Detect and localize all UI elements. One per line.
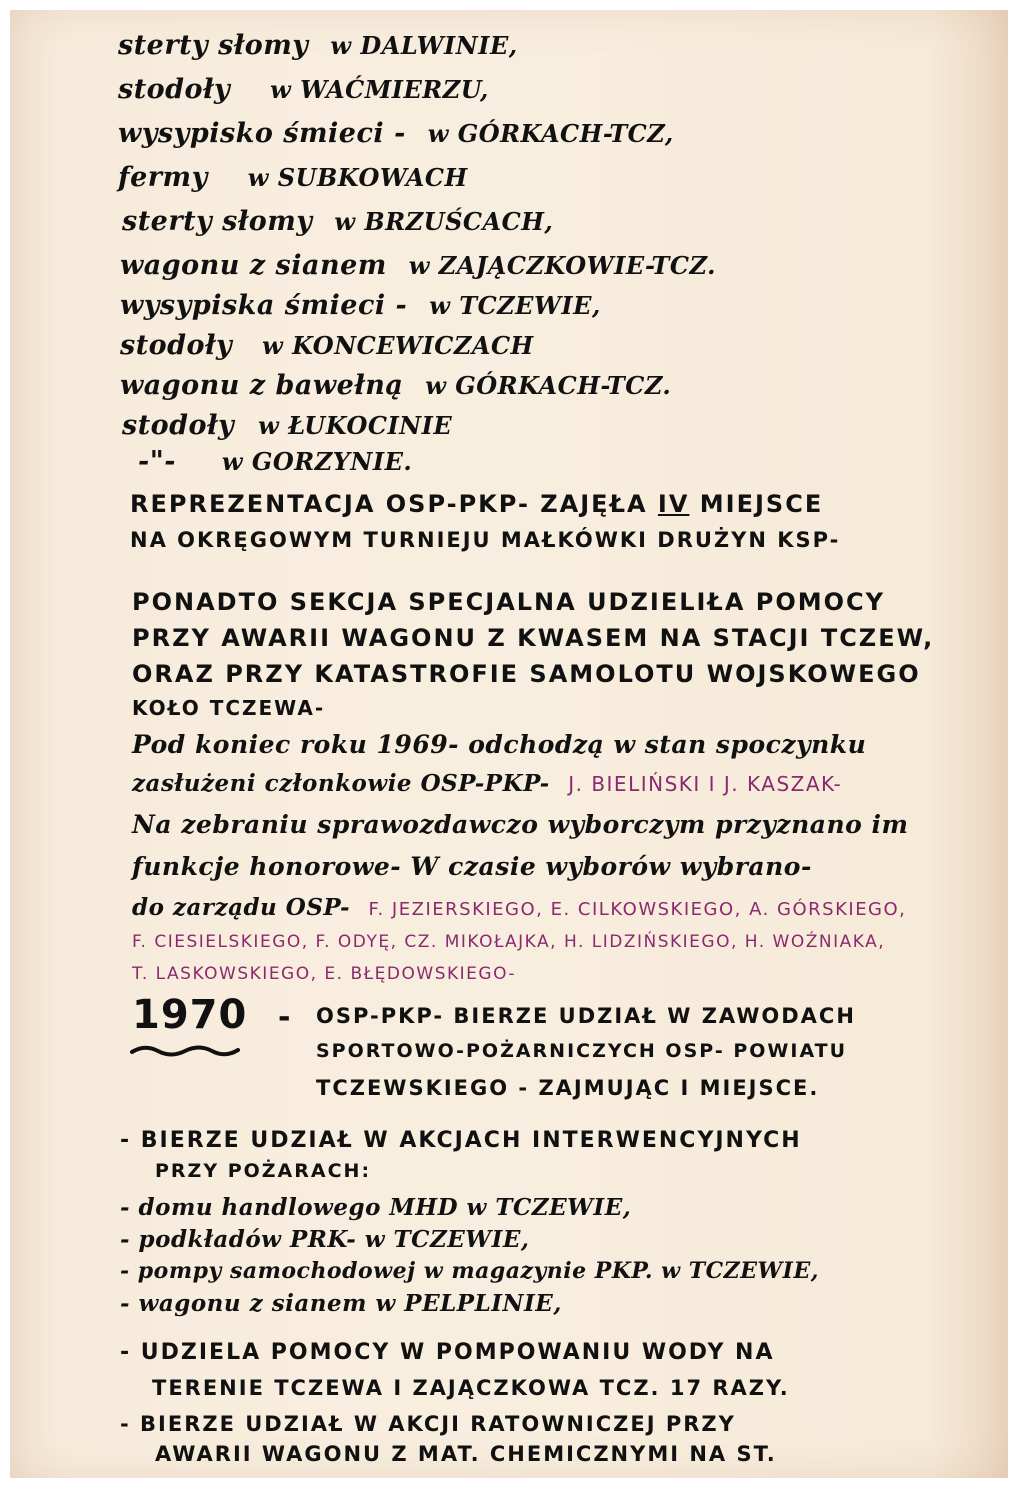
retirement-text: zasłużeni członkowie OSP-PKP- (132, 770, 550, 797)
fire-entry: wagonu z bawełną w GÓRKACH-TCZ. (120, 370, 671, 401)
year-1970-line: TCZEWSKIEGO - ZAJMUJĄC I MIEJSCE. (316, 1076, 819, 1100)
fire-item: wagonu z bawełną (120, 370, 403, 401)
board-text: do zarządu OSP- (132, 894, 350, 921)
fire-item: stodoły (120, 330, 232, 361)
fire-entry: wysypiska śmieci - w TCZEWIE, (120, 290, 601, 321)
fire-entry: wagonu z sianem w ZAJĄCZKOWIE-TCZ. (120, 250, 716, 281)
fire-item: stodoły (122, 410, 234, 441)
year-dash: - (278, 1000, 292, 1035)
fire-entry: sterty słomy w DALWINIE, (118, 30, 518, 61)
pumping-line: TERENIE TCZEWA I ZAJĄCZKOWA TCZ. 17 RAZY… (152, 1376, 790, 1400)
intervention-item: - pompy samochodowej w magazynie PKP. w … (120, 1258, 819, 1284)
fire-item: sterty słomy (118, 30, 309, 61)
fire-place: w ZAJĄCZKOWIE-TCZ. (409, 251, 716, 280)
board-members-line: F. CIESIELSKIEGO, F. ODYĘ, CZ. MIKOŁAJKA… (132, 932, 885, 952)
special-section-line: PONADTO SEKCJA SPECJALNA UDZIELIŁA POMOC… (132, 588, 885, 616)
fire-place: w SUBKOWACH (248, 163, 468, 192)
representation-text: MIEJSCE (689, 490, 823, 518)
fire-entry: fermy w SUBKOWACH (118, 162, 468, 193)
honorary-line: funkcje honorowe- W czasie wyborów wybra… (132, 852, 812, 881)
representation-text: REPREZENTACJA OSP-PKP- ZAJĘŁA (130, 490, 658, 518)
intervention-item: - podkładów PRK- w TCZEWIE, (120, 1226, 529, 1253)
fire-item: wagonu z sianem (120, 250, 387, 281)
fire-place: w GÓRKACH-TCZ. (425, 371, 671, 400)
retired-members: J. BIELIŃSKI I J. KASZAK- (568, 772, 842, 796)
year-1970-line: OSP-PKP- BIERZE UDZIAŁ W ZAWODACH (316, 1004, 856, 1028)
fire-entry: -"- w GORZYNIE. (138, 446, 412, 477)
place-roman-numeral: IV (658, 490, 690, 518)
retirement-line: zasłużeni członkowie OSP-PKP- J. BIELIŃS… (132, 770, 842, 797)
year-1970-line: SPORTOWO-POŻARNICZYCH OSP- POWIATU (316, 1040, 847, 1062)
fire-item: stodoły (118, 74, 230, 105)
intervention-item: - wagonu z sianem w PELPLINIE, (120, 1290, 562, 1317)
fire-entry: wysypisko śmieci - w GÓRKACH-TCZ, (118, 118, 674, 149)
fire-place: w GORZYNIE. (222, 447, 412, 476)
year-heading: 1970 (132, 992, 247, 1038)
honorary-line: Na zebraniu sprawozdawczo wyborczym przy… (132, 810, 909, 839)
fire-entry: stodoły w KONCEWICZACH (120, 330, 534, 361)
fire-place: w KONCEWICZACH (262, 331, 534, 360)
board-line: do zarządu OSP- F. JEZIERSKIEGO, E. CILK… (132, 894, 906, 921)
fire-place: w BRZUŚCACH, (334, 207, 553, 236)
special-section-line: KOŁO TCZEWA- (132, 696, 325, 720)
fire-item: wysypisko śmieci - (118, 118, 406, 149)
intervention-item: - domu handlowego MHD w TCZEWIE, (120, 1194, 631, 1221)
board-members: F. JEZIERSKIEGO, E. CILKOWSKIEGO, A. GÓR… (369, 899, 907, 920)
fire-place: w TCZEWIE, (429, 291, 601, 320)
fire-entry: stodoły w WAĆMIERZU, (118, 74, 489, 105)
fire-entry: sterty słomy w BRZUŚCACH, (122, 206, 553, 237)
retirement-line: Pod koniec roku 1969- odchodzą w stan sp… (132, 730, 866, 759)
special-section-line: PRZY AWARII WAGONU Z KWASEM NA STACJI TC… (132, 624, 934, 652)
rescue-line: - BIERZE UDZIAŁ W AKCJI RATOWNICZEJ PRZY (120, 1412, 736, 1436)
year-underline-squiggle (130, 1042, 240, 1058)
fire-item: wysypiska śmieci - (120, 290, 407, 321)
fire-item: -"- (138, 446, 176, 477)
interventions-header: PRZY POŻARACH: (155, 1160, 371, 1182)
interventions-header: - BIERZE UDZIAŁ W AKCJACH INTERWENCYJNYC… (120, 1128, 802, 1153)
representation-line-2: NA OKRĘGOWYM TURNIEJU MAŁKÓWKI DRUŻYN KS… (130, 528, 840, 552)
fire-place: w DALWINIE, (330, 31, 517, 60)
pumping-line: - UDZIELA POMOCY W POMPOWANIU WODY NA (120, 1340, 775, 1365)
representation-line-1: REPREZENTACJA OSP-PKP- ZAJĘŁA IV MIEJSCE (130, 490, 823, 518)
special-section-line: ORAZ PRZY KATASTROFIE SAMOLOTU WOJSKOWEG… (132, 660, 921, 688)
rescue-line: AWARII WAGONU Z MAT. CHEMICZNYMI NA ST. (155, 1442, 777, 1466)
fire-place: w ŁUKOCINIE (258, 411, 452, 440)
fire-item: fermy (118, 162, 208, 193)
fire-entry: stodoły w ŁUKOCINIE (122, 410, 452, 441)
handwritten-page: sterty słomy w DALWINIE, stodoły w WAĆMI… (10, 10, 1008, 1478)
fire-place: w GÓRKACH-TCZ, (428, 119, 674, 148)
fire-place: w WAĆMIERZU, (270, 75, 489, 104)
fire-item: sterty słomy (122, 206, 313, 237)
board-members-line: T. LASKOWSKIEGO, E. BŁĘDOWSKIEGO- (132, 964, 516, 984)
